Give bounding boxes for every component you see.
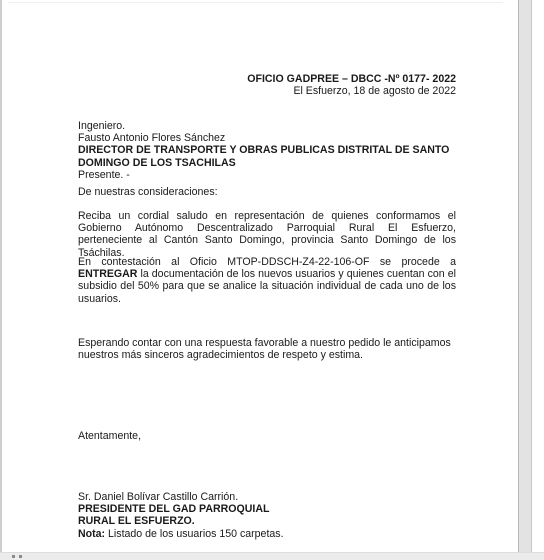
reference-code: OFICIO GADPREE – DBCC -Nº 0177- 2022 bbox=[247, 73, 456, 85]
note-label: Nota: bbox=[78, 528, 105, 540]
page-top-border bbox=[8, 2, 503, 3]
note-text: Listado de los usuarios 150 carpetas. bbox=[105, 528, 283, 540]
recipient-position-line2: DOMINGO DE LOS TSACHILAS bbox=[78, 157, 456, 169]
recipient-position-line1: DIRECTOR DE TRANSPORTE Y OBRAS PUBLICAS … bbox=[78, 144, 456, 156]
scrollbar-track[interactable] bbox=[518, 0, 532, 552]
recipient-salutation: Ingeniero. bbox=[78, 120, 456, 132]
signature-title-line1: PRESIDENTE DEL GAD PARROQUIAL bbox=[78, 503, 456, 515]
document-page: OFICIO GADPREE – DBCC -Nº 0177- 2022 El … bbox=[2, 0, 510, 552]
recipient-block: Ingeniero. Fausto Antonio Flores Sánchez… bbox=[78, 120, 456, 181]
paragraph-3: Esperando contar con una respuesta favor… bbox=[78, 337, 456, 361]
paragraph-2: En contestación al Oficio MTOP-DDSCH-Z4-… bbox=[78, 256, 456, 305]
signature-name: Sr. Daniel Bolívar Castillo Carrión. bbox=[78, 491, 456, 503]
recipient-presente: Presente. - bbox=[78, 169, 456, 181]
greeting: De nuestras consideraciones: bbox=[78, 186, 456, 198]
closing: Atentamente, bbox=[78, 430, 456, 442]
view-mode-icon[interactable] bbox=[12, 555, 22, 558]
note: Nota: Listado de los usuarios 150 carpet… bbox=[78, 528, 456, 540]
vertical-scrollbar[interactable] bbox=[509, 0, 544, 552]
recipient-name: Fausto Antonio Flores Sánchez bbox=[78, 132, 456, 144]
reference-block: OFICIO GADPREE – DBCC -Nº 0177- 2022 El … bbox=[247, 73, 456, 97]
signature-title-line2: RURAL EL ESFUERZO. bbox=[78, 515, 456, 527]
paragraph-2-lead: En contestación al Oficio MTOP-DDSCH-Z4-… bbox=[78, 256, 456, 268]
signature-block: Sr. Daniel Bolívar Castillo Carrión. PRE… bbox=[78, 491, 456, 540]
paragraph-2-bold-word: ENTREGAR bbox=[78, 268, 137, 280]
place-date: El Esfuerzo, 18 de agosto de 2022 bbox=[247, 85, 456, 97]
document-viewer: OFICIO GADPREE – DBCC -Nº 0177- 2022 El … bbox=[0, 0, 544, 560]
paragraph-1: Reciba un cordial saludo en representaci… bbox=[78, 210, 456, 259]
bottom-status-bar bbox=[0, 552, 544, 560]
